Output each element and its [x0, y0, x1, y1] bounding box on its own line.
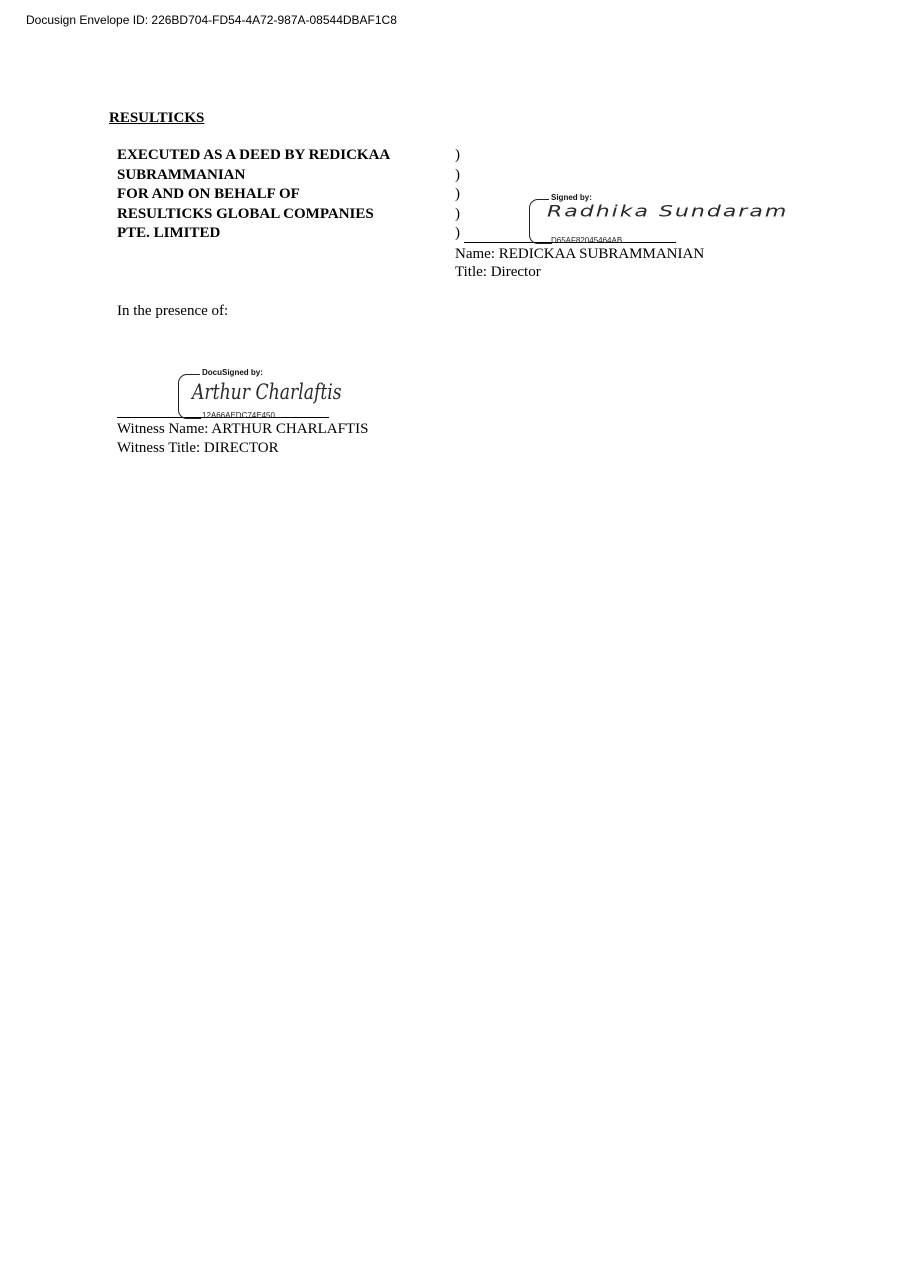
- signer-title: Title: Director: [455, 263, 541, 283]
- execution-clause-line: FOR AND ON BEHALF OF: [117, 185, 390, 205]
- bracket-column: ) ) ) ) ): [455, 146, 460, 244]
- bracket-mark: ): [455, 185, 460, 205]
- stamp-label: Signed by:: [549, 193, 592, 202]
- execution-clause-line: EXECUTED AS A DEED BY REDICKAA: [117, 146, 390, 166]
- bracket-mark: ): [455, 224, 460, 244]
- execution-clause-line: SUBRAMMANIAN: [117, 166, 390, 186]
- witness-name: Witness Name: ARTHUR CHARLAFTIS: [117, 420, 368, 440]
- execution-clause-line: RESULTICKS GLOBAL COMPANIES: [117, 205, 390, 225]
- stamp-hash: D65AF82045464AB...: [549, 236, 629, 245]
- witness-signature: Arthur Charlaftis: [192, 380, 342, 404]
- signer-signature: Radhika Sundaram: [547, 203, 788, 221]
- execution-clause: EXECUTED AS A DEED BY REDICKAA SUBRAMMAN…: [117, 146, 390, 244]
- stamp-hash: 12A66AEDC74E450...: [200, 411, 282, 420]
- bracket-mark: ): [455, 146, 460, 166]
- bracket-mark: ): [455, 205, 460, 225]
- docusign-envelope-id: Docusign Envelope ID: 226BD704-FD54-4A72…: [26, 13, 397, 27]
- bracket-mark: ): [455, 166, 460, 186]
- signer-name: Name: REDICKAA SUBRAMMANIAN: [455, 245, 704, 265]
- presence-label: In the presence of:: [117, 302, 228, 322]
- stamp-label: DocuSigned by:: [200, 368, 263, 377]
- witness-title: Witness Title: DIRECTOR: [117, 439, 279, 459]
- company-heading: RESULTICKS: [109, 109, 204, 129]
- execution-clause-line: PTE. LIMITED: [117, 224, 390, 244]
